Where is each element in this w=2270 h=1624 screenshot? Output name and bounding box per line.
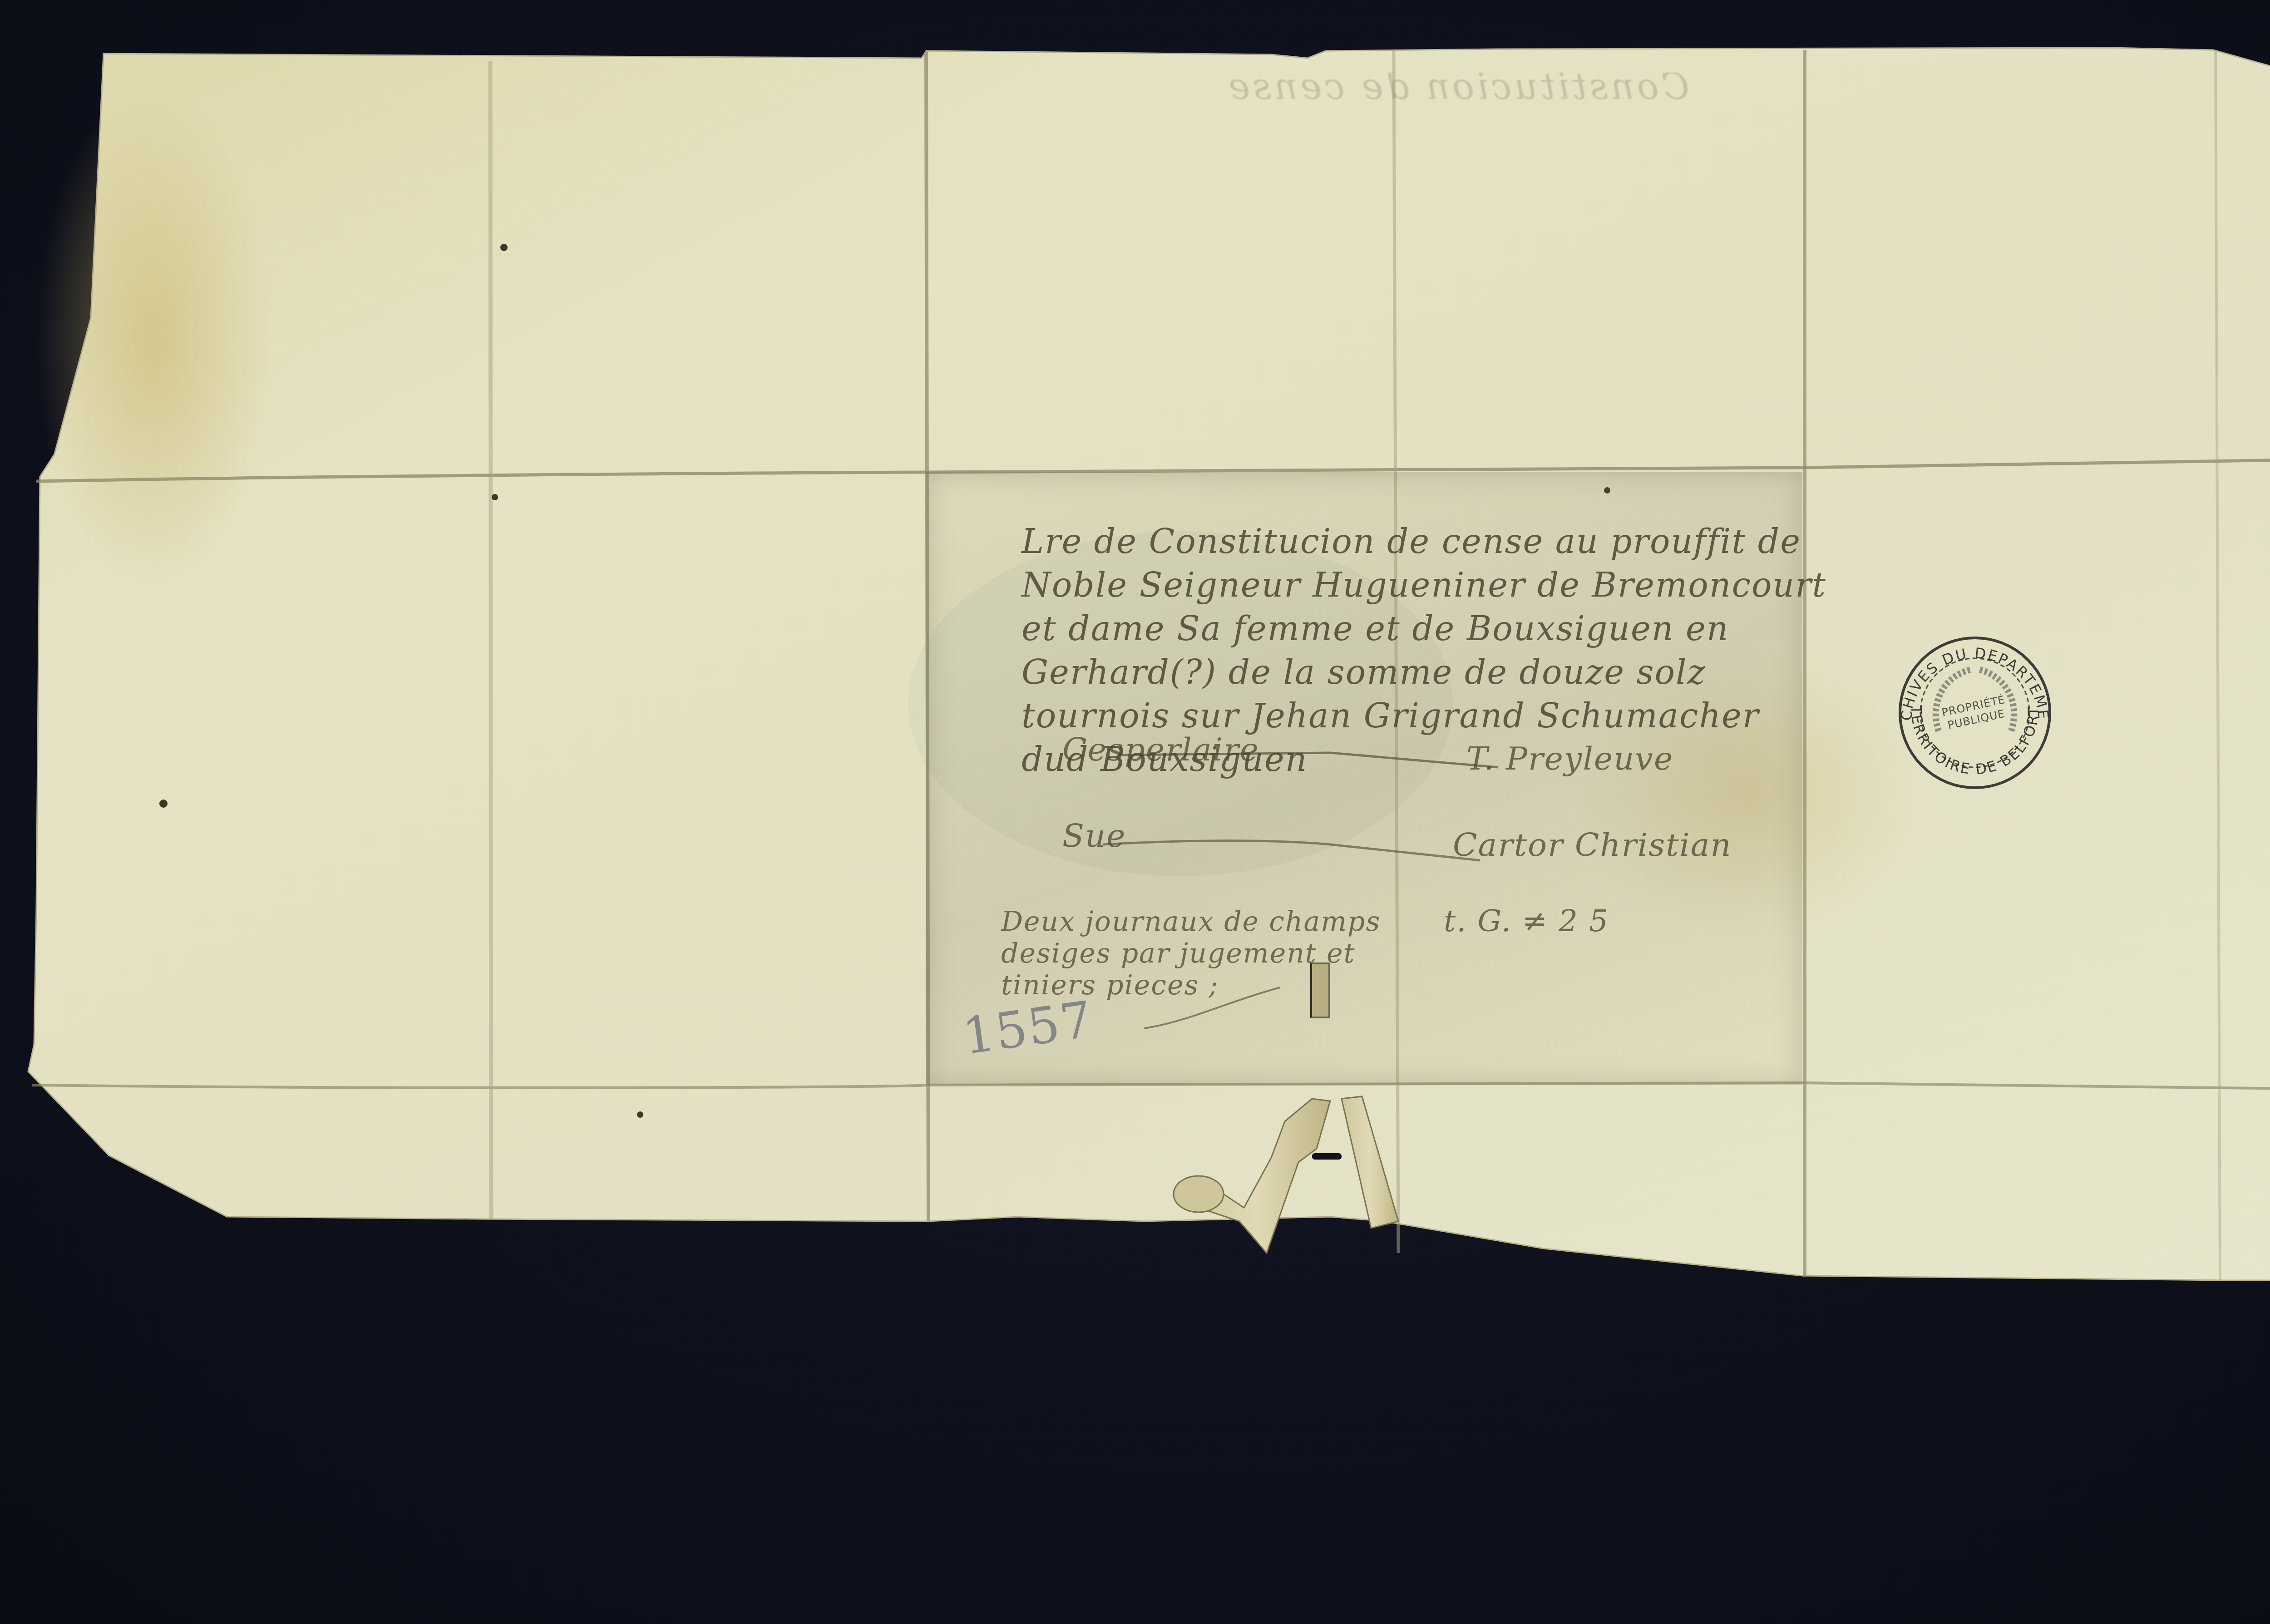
endorsement-line: Lre de Constitucion de cense au prouffit… <box>1021 520 1826 563</box>
seal-tag-slit <box>1310 963 1330 1018</box>
signature: Cartor Christian <box>1453 826 1732 864</box>
endorsement-line: et dame Sa femme et de Bouxsiguen en <box>1021 607 1826 651</box>
seal-tag-hole <box>1312 1153 1342 1160</box>
endorsement-line: Noble Seigneur Hugueniner de Bremoncourt <box>1021 563 1826 607</box>
parchment-document: ARCHIVES DU DEPARTEMENT ✤ TERRITOIRE DE … <box>0 0 2270 1624</box>
signature: Sue <box>1062 817 1126 854</box>
show-through-heading: Constitucion de cense <box>1226 73 1689 101</box>
stamp-center-text: PROPRIÉTÉ PUBLIQUE <box>1940 693 2009 733</box>
signature: Cesperlaire <box>1062 731 1259 768</box>
signature-mark: t. G. ≠ 2 5 <box>1444 903 1609 938</box>
ribbon-knot <box>1174 1176 1224 1212</box>
archive-stamp: PROPRIÉTÉ PUBLIQUE <box>1898 636 2052 790</box>
endorsement-line: Gerhard(?) de la somme de douze solz <box>1021 651 1826 694</box>
signature: T. Preyleuve <box>1466 740 1673 777</box>
archival-note-line: Deux journaux de champs <box>1001 906 1381 938</box>
